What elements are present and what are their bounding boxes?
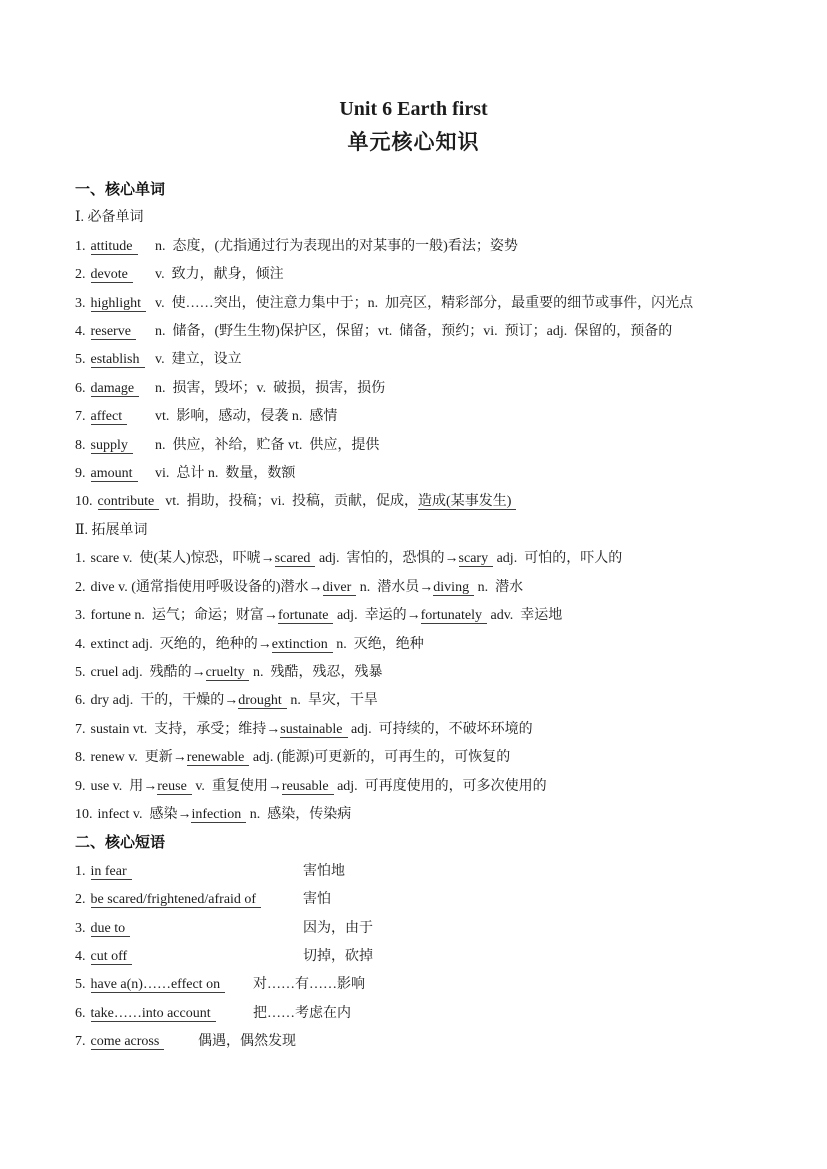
phrase-number: 5. bbox=[75, 977, 86, 992]
text-run: n. 供应，补给，贮备 vt. 供应，提供 bbox=[155, 438, 379, 453]
word-term: amount bbox=[91, 466, 138, 482]
text-run: v. 重复使用→ bbox=[192, 779, 282, 794]
word-definition: vt. 捐助，投稿；vi. 投稿，贡献，促成，造成(某事发生) bbox=[165, 488, 767, 516]
word-row: 4.reserven. 储备，(野生生物)保护区，保留；vt. 储备，预约；vi… bbox=[75, 318, 767, 346]
underlined-term: renewable bbox=[187, 750, 250, 766]
text-run: infect v. 感染→ bbox=[98, 807, 192, 822]
word-row: 1.attituden. 态度，(尤指通过行为表现出的对某事的一般)看法；姿势 bbox=[75, 233, 767, 261]
phrase-term: come across bbox=[91, 1034, 165, 1050]
word-lead: 9.amount bbox=[75, 460, 155, 488]
row-number: 10. bbox=[75, 807, 93, 822]
phrase-meaning: 对……有……影响 bbox=[253, 971, 365, 999]
phrase-number: 4. bbox=[75, 949, 86, 964]
underlined-term: fortunate bbox=[278, 608, 334, 624]
word-lead: 1.attitude bbox=[75, 233, 155, 261]
phrase-row: 1.in fear害怕地 bbox=[75, 858, 767, 886]
phrase-lead: 3.due to bbox=[75, 915, 303, 943]
word-lead: 6.damage bbox=[75, 375, 155, 403]
phrases-list: 1.in fear害怕地2.be scared/frightened/afrai… bbox=[75, 858, 767, 1057]
word-term: establish bbox=[91, 352, 145, 368]
row-number: 9. bbox=[75, 779, 86, 794]
word-term: damage bbox=[91, 381, 140, 397]
extended-word-row: 9.use v. 用→reuse v. 重复使用→reusable adj. 可… bbox=[75, 773, 767, 801]
phrase-lead: 6.take……into account bbox=[75, 1000, 253, 1028]
text-run: n. 储备，(野生生物)保护区，保留；vt. 储备，预约；vi. 预订；adj.… bbox=[155, 324, 672, 339]
word-definition: vi. 总计 n. 数量，数额 bbox=[155, 460, 767, 488]
text-run: n. 潜水 bbox=[474, 580, 523, 595]
word-row: 8.supplyn. 供应，补给，贮备 vt. 供应，提供 bbox=[75, 432, 767, 460]
word-number: 10. bbox=[75, 494, 93, 509]
phrase-number: 7. bbox=[75, 1034, 86, 1049]
phrase-meaning: 偶遇，偶然发现 bbox=[198, 1028, 296, 1056]
phrase-term: cut off bbox=[91, 949, 133, 965]
phrase-row: 4.cut off切掉，砍掉 bbox=[75, 943, 767, 971]
underlined-term: drought bbox=[238, 693, 287, 709]
word-definition: n. 储备，(野生生物)保护区，保留；vt. 储备，预约；vi. 预订；adj.… bbox=[155, 318, 767, 346]
text-run: adj. 幸运的→ bbox=[333, 608, 420, 623]
word-term: attitude bbox=[91, 239, 138, 255]
underlined-term: 造成(某事发生) bbox=[418, 494, 516, 510]
text-run: use v. 用→ bbox=[91, 779, 158, 794]
row-number: 1. bbox=[75, 551, 86, 566]
text-run: vt. 捐助，投稿；vi. 投稿，贡献，促成， bbox=[165, 494, 418, 509]
phrase-term: have a(n)……effect on bbox=[91, 977, 226, 993]
underlined-term: scary bbox=[459, 551, 494, 567]
word-number: 3. bbox=[75, 296, 86, 311]
phrase-meaning: 因为，由于 bbox=[303, 915, 373, 943]
word-number: 4. bbox=[75, 324, 86, 339]
word-row: 5.establishv. 建立，设立 bbox=[75, 346, 767, 374]
word-definition: n. 损害，毁坏；v. 破损，损害，损伤 bbox=[155, 375, 767, 403]
document-title: Unit 6 Earth first bbox=[0, 0, 827, 121]
phrase-meaning: 切掉，砍掉 bbox=[303, 943, 373, 971]
essential-words-list: 1.attituden. 态度，(尤指通过行为表现出的对某事的一般)看法；姿势2… bbox=[75, 233, 767, 517]
word-definition: v. 致力，献身，倾注 bbox=[155, 261, 767, 289]
word-number: 5. bbox=[75, 352, 86, 367]
text-run: n. 旱灾，干旱 bbox=[287, 693, 378, 708]
word-row: 7.affectvt. 影响，感动，侵袭 n. 感情 bbox=[75, 403, 767, 431]
extended-word-row: 10.infect v. 感染→infection n. 感染，传染病 bbox=[75, 801, 767, 829]
word-lead: 4.reserve bbox=[75, 318, 155, 346]
word-lead: 10.contribute bbox=[75, 488, 165, 516]
text-run: adj. 可持续的，不破坏环境的 bbox=[348, 722, 533, 737]
phrase-term: take……into account bbox=[91, 1006, 216, 1022]
text-run: v. 建立，设立 bbox=[155, 352, 242, 367]
text-run: adj. (能源)可更新的，可再生的，可恢复的 bbox=[249, 750, 510, 765]
row-number: 8. bbox=[75, 750, 86, 765]
underlined-term: reuse bbox=[157, 779, 192, 795]
word-number: 6. bbox=[75, 381, 86, 396]
underlined-term: reusable bbox=[282, 779, 334, 795]
section-heading-phrases: 二、核心短语 bbox=[75, 829, 767, 857]
text-run: n. 潜水员→ bbox=[356, 580, 433, 595]
row-number: 4. bbox=[75, 637, 86, 652]
phrase-meaning: 害怕地 bbox=[303, 858, 345, 886]
underlined-term: infection bbox=[191, 807, 246, 823]
row-number: 6. bbox=[75, 693, 86, 708]
underlined-term: scared bbox=[275, 551, 316, 567]
phrase-lead: 1.in fear bbox=[75, 858, 303, 886]
row-number: 2. bbox=[75, 580, 86, 595]
underlined-term: diving bbox=[433, 580, 474, 596]
phrase-number: 2. bbox=[75, 892, 86, 907]
phrase-row: 7.come across偶遇，偶然发现 bbox=[75, 1028, 767, 1056]
text-run: cruel adj. 残酷的→ bbox=[91, 665, 206, 680]
word-lead: 5.establish bbox=[75, 346, 155, 374]
phrase-lead: 5.have a(n)……effect on bbox=[75, 971, 253, 999]
text-run: dive v. (通常指使用呼吸设备的)潜水→ bbox=[91, 580, 323, 595]
word-number: 8. bbox=[75, 438, 86, 453]
text-run: v. 使……突出，使注意力集中于；n. 加亮区，精彩部分，最重要的细节或事件，闪… bbox=[155, 296, 693, 311]
section-heading-core-words: 一、核心单词 bbox=[75, 176, 767, 204]
word-term: contribute bbox=[98, 494, 160, 510]
text-run: n. 态度，(尤指通过行为表现出的对某事的一般)看法；姿势 bbox=[155, 239, 518, 254]
underlined-term: extinction bbox=[272, 637, 333, 653]
phrase-row: 6.take……into account把……考虑在内 bbox=[75, 1000, 767, 1028]
text-run: extinct adj. 灭绝的，绝种的→ bbox=[91, 637, 272, 652]
text-run: vt. 影响，感动，侵袭 n. 感情 bbox=[155, 409, 337, 424]
word-definition: vt. 影响，感动，侵袭 n. 感情 bbox=[155, 403, 767, 431]
extended-words-list: 1.scare v. 使(某人)惊恐，吓唬→scared adj. 害怕的，恐惧… bbox=[75, 545, 767, 829]
word-row: 10.contributevt. 捐助，投稿；vi. 投稿，贡献，促成，造成(某… bbox=[75, 488, 767, 516]
extended-word-row: 2.dive v. (通常指使用呼吸设备的)潜水→diver n. 潜水员→di… bbox=[75, 574, 767, 602]
phrase-meaning: 害怕 bbox=[303, 886, 331, 914]
subsection-label-essential-words: Ⅰ. 必备单词 bbox=[75, 204, 767, 232]
document-page: Unit 6 Earth first 单元核心知识 一、核心单词 Ⅰ. 必备单词… bbox=[0, 0, 827, 1169]
text-run: n. 损害，毁坏；v. 破损，损害，损伤 bbox=[155, 381, 385, 396]
text-run: renew v. 更新→ bbox=[91, 750, 187, 765]
word-number: 1. bbox=[75, 239, 86, 254]
extended-word-row: 1.scare v. 使(某人)惊恐，吓唬→scared adj. 害怕的，恐惧… bbox=[75, 545, 767, 573]
word-number: 9. bbox=[75, 466, 86, 481]
phrase-row: 3.due to因为，由于 bbox=[75, 915, 767, 943]
phrase-lead: 7.come across bbox=[75, 1028, 198, 1056]
word-lead: 3.highlight bbox=[75, 290, 155, 318]
word-term: highlight bbox=[91, 296, 147, 312]
phrase-row: 2.be scared/frightened/afraid of害怕 bbox=[75, 886, 767, 914]
word-row: 6.damagen. 损害，毁坏；v. 破损，损害，损伤 bbox=[75, 375, 767, 403]
text-run: n. 残酷，残忍，残暴 bbox=[249, 665, 382, 680]
word-term: affect bbox=[91, 409, 128, 425]
extended-word-row: 7.sustain vt. 支持，承受；维持→sustainable adj. … bbox=[75, 716, 767, 744]
phrase-term: be scared/frightened/afraid of bbox=[91, 892, 262, 908]
word-definition: v. 建立，设立 bbox=[155, 346, 767, 374]
underlined-term: cruelty bbox=[206, 665, 250, 681]
row-number: 3. bbox=[75, 608, 86, 623]
word-lead: 2.devote bbox=[75, 261, 155, 289]
word-definition: v. 使……突出，使注意力集中于；n. 加亮区，精彩部分，最重要的细节或事件，闪… bbox=[155, 290, 767, 318]
document-body: 一、核心单词 Ⅰ. 必备单词 1.attituden. 态度，(尤指通过行为表现… bbox=[0, 156, 827, 1057]
text-run: adj. 可再度使用的，可多次使用的 bbox=[334, 779, 547, 794]
word-lead: 7.affect bbox=[75, 403, 155, 431]
word-definition: n. 供应，补给，贮备 vt. 供应，提供 bbox=[155, 432, 767, 460]
underlined-term: fortunately bbox=[421, 608, 487, 624]
phrase-number: 6. bbox=[75, 1006, 86, 1021]
text-run: scare v. 使(某人)惊恐，吓唬→ bbox=[91, 551, 275, 566]
extended-word-row: 8.renew v. 更新→renewable adj. (能源)可更新的，可再… bbox=[75, 744, 767, 772]
underlined-term: sustainable bbox=[280, 722, 347, 738]
word-number: 2. bbox=[75, 267, 86, 282]
text-run: adj. 可怕的，吓人的 bbox=[493, 551, 622, 566]
row-number: 5. bbox=[75, 665, 86, 680]
word-definition: n. 态度，(尤指通过行为表现出的对某事的一般)看法；姿势 bbox=[155, 233, 767, 261]
phrase-term: in fear bbox=[91, 864, 132, 880]
phrase-number: 3. bbox=[75, 921, 86, 936]
word-term: devote bbox=[91, 267, 133, 283]
word-row: 9.amountvi. 总计 n. 数量，数额 bbox=[75, 460, 767, 488]
text-run: adj. 害怕的，恐惧的→ bbox=[315, 551, 458, 566]
text-run: v. 致力，献身，倾注 bbox=[155, 267, 284, 282]
word-number: 7. bbox=[75, 409, 86, 424]
text-run: vi. 总计 n. 数量，数额 bbox=[155, 466, 295, 481]
extended-word-row: 5.cruel adj. 残酷的→cruelty n. 残酷，残忍，残暴 bbox=[75, 659, 767, 687]
word-term: reserve bbox=[91, 324, 136, 340]
phrase-lead: 2.be scared/frightened/afraid of bbox=[75, 886, 303, 914]
text-run: adv. 幸运地 bbox=[487, 608, 562, 623]
text-run: dry adj. 干的，干燥的→ bbox=[91, 693, 239, 708]
extended-word-row: 4.extinct adj. 灭绝的，绝种的→extinction n. 灭绝，… bbox=[75, 631, 767, 659]
extended-word-row: 6.dry adj. 干的，干燥的→drought n. 旱灾，干旱 bbox=[75, 687, 767, 715]
word-row: 2.devotev. 致力，献身，倾注 bbox=[75, 261, 767, 289]
phrase-term: due to bbox=[91, 921, 131, 937]
phrase-meaning: 把……考虑在内 bbox=[253, 1000, 351, 1028]
subsection-label-extended-words: Ⅱ. 拓展单词 bbox=[75, 517, 767, 545]
word-lead: 8.supply bbox=[75, 432, 155, 460]
word-term: supply bbox=[91, 438, 133, 454]
text-run: n. 感染，传染病 bbox=[246, 807, 351, 822]
text-run: n. 灭绝，绝种 bbox=[333, 637, 424, 652]
text-run: sustain vt. 支持，承受；维持→ bbox=[91, 722, 281, 737]
text-run: fortune n. 运气；命运；财富→ bbox=[91, 608, 278, 623]
phrase-number: 1. bbox=[75, 864, 86, 879]
word-row: 3.highlightv. 使……突出，使注意力集中于；n. 加亮区，精彩部分，… bbox=[75, 290, 767, 318]
phrase-lead: 4.cut off bbox=[75, 943, 303, 971]
row-number: 7. bbox=[75, 722, 86, 737]
document-subtitle: 单元核心知识 bbox=[0, 130, 827, 156]
extended-word-row: 3.fortune n. 运气；命运；财富→fortunate adj. 幸运的… bbox=[75, 602, 767, 630]
underlined-term: diver bbox=[323, 580, 357, 596]
phrase-row: 5.have a(n)……effect on对……有……影响 bbox=[75, 971, 767, 999]
